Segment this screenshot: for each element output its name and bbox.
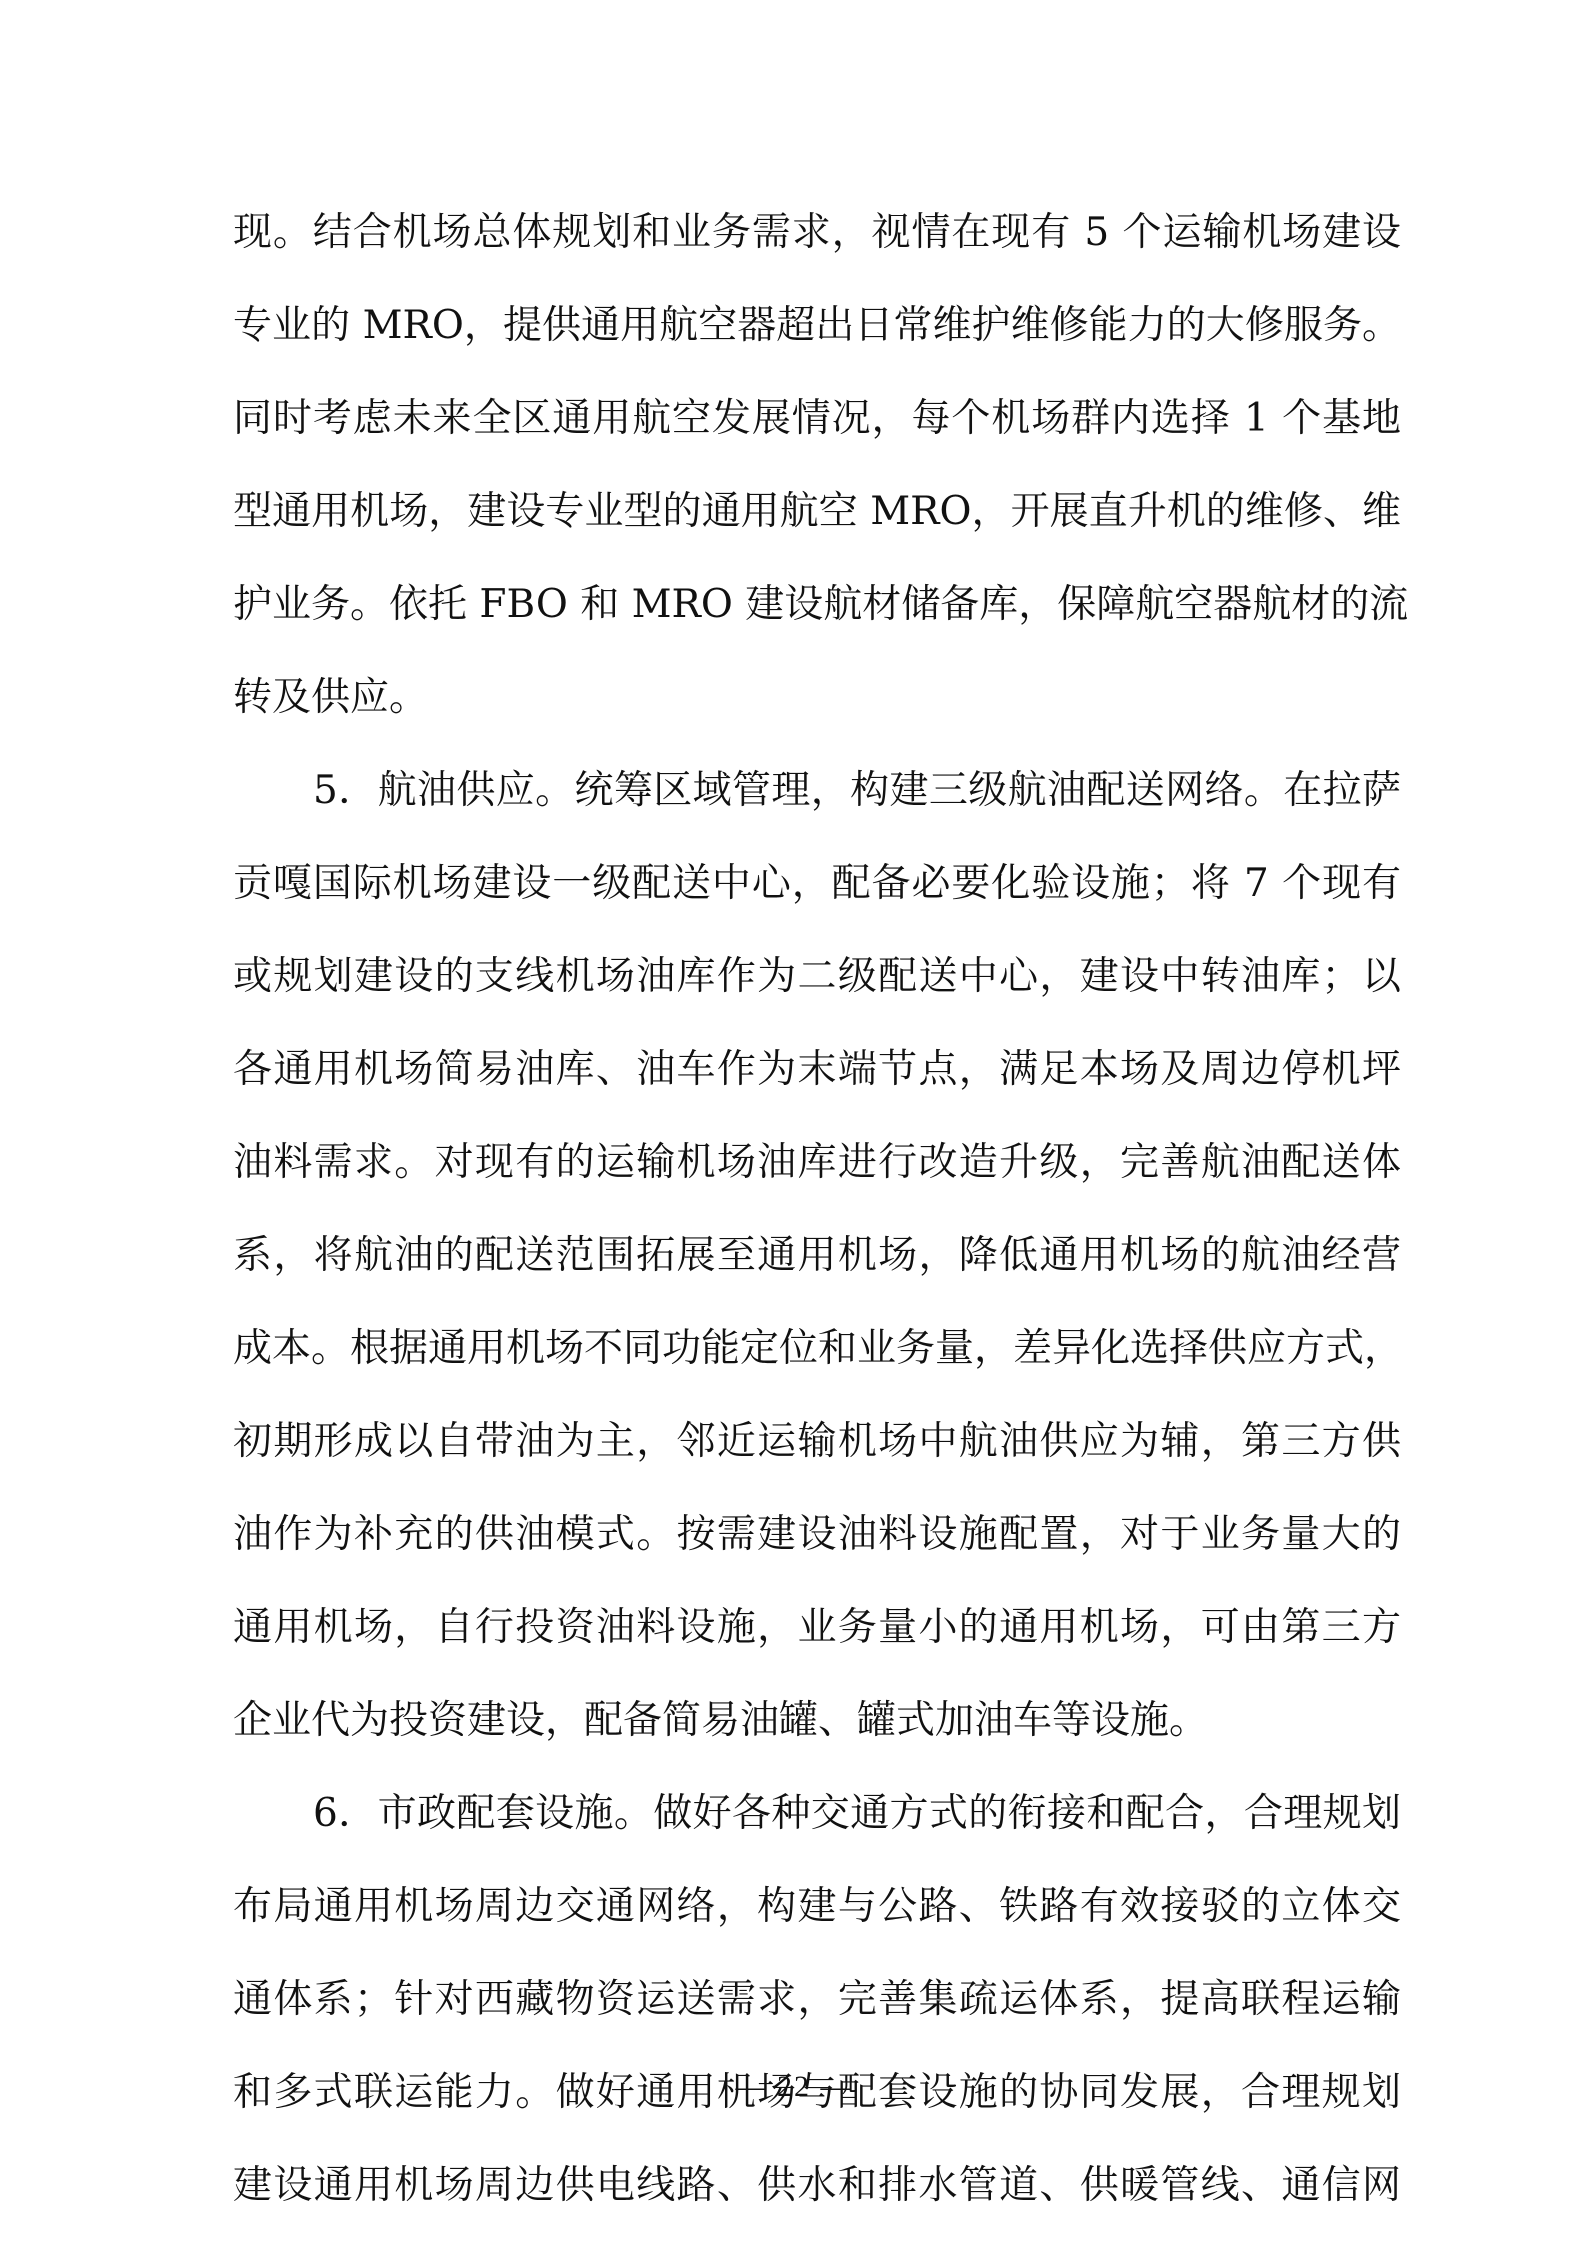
section-heading-line: 6．市政配套设施。做好各种交通方式的衔接和配合，合理规划: [233, 1784, 1401, 1877]
text-line: 通用机场，自行投资油料设施，业务量小的通用机场，可由第三方: [233, 1598, 1401, 1691]
paragraph-fuel-supply: 5．航油供应。统筹区域管理，构建三级航油配送网络。在拉萨 贡嘎国际机场建设一级配…: [233, 761, 1401, 1784]
page-number: — 22 —: [0, 2070, 1588, 2104]
text-line: 各通用机场简易油库、油车作为末端节点，满足本场及周边停机坪: [233, 1040, 1401, 1133]
text-line: 初期形成以自带油为主，邻近运输机场中航油供应为辅，第三方供: [233, 1412, 1401, 1505]
text-line: 转及供应。: [233, 668, 1401, 761]
text-line: 型通用机场，建设专业型的通用航空 MRO，开展直升机的维修、维: [233, 482, 1401, 575]
text-line: 油作为补充的供油模式。按需建设油料设施配置，对于业务量大的: [233, 1505, 1401, 1598]
text-line: 系，将航油的配送范围拓展至通用机场，降低通用机场的航油经营: [233, 1226, 1401, 1319]
paragraph-continuation: 现。结合机场总体规划和业务需求，视情在现有 5 个运输机场建设 专业的 MRO，…: [233, 203, 1401, 761]
document-page: 现。结合机场总体规划和业务需求，视情在现有 5 个运输机场建设 专业的 MRO，…: [0, 0, 1588, 2245]
text-line: 通体系；针对西藏物资运送需求，完善集疏运体系，提高联程运输: [233, 1970, 1401, 2063]
paragraph-municipal-facilities: 6．市政配套设施。做好各种交通方式的衔接和配合，合理规划 布局通用机场周边交通网…: [233, 1784, 1401, 2245]
text-line: 或规划建设的支线机场油库作为二级配送中心，建设中转油库；以: [233, 947, 1401, 1040]
body-text: 现。结合机场总体规划和业务需求，视情在现有 5 个运输机场建设 专业的 MRO，…: [233, 203, 1401, 2245]
text-line: 布局通用机场周边交通网络，构建与公路、铁路有效接驳的立体交: [233, 1877, 1401, 1970]
text-line: 现。结合机场总体规划和业务需求，视情在现有 5 个运输机场建设: [233, 203, 1401, 296]
text-line: 专业的 MRO，提供通用航空器超出日常维护维修能力的大修服务。: [233, 296, 1401, 389]
text-line: 建设通用机场周边供电线路、供水和排水管道、供暖管线、通信网: [233, 2156, 1401, 2245]
text-line: 同时考虑未来全区通用航空发展情况，每个机场群内选择 1 个基地: [233, 389, 1401, 482]
text-line: 企业代为投资建设，配备简易油罐、罐式加油车等设施。: [233, 1691, 1401, 1784]
text-line: 护业务。依托 FBO 和 MRO 建设航材储备库，保障航空器航材的流: [233, 575, 1401, 668]
text-line: 成本。根据通用机场不同功能定位和业务量，差异化选择供应方式，: [233, 1319, 1401, 1412]
text-line: 贡嘎国际机场建设一级配送中心，配备必要化验设施；将 7 个现有: [233, 854, 1401, 947]
text-line: 油料需求。对现有的运输机场油库进行改造升级，完善航油配送体: [233, 1133, 1401, 1226]
section-heading-line: 5．航油供应。统筹区域管理，构建三级航油配送网络。在拉萨: [233, 761, 1401, 854]
